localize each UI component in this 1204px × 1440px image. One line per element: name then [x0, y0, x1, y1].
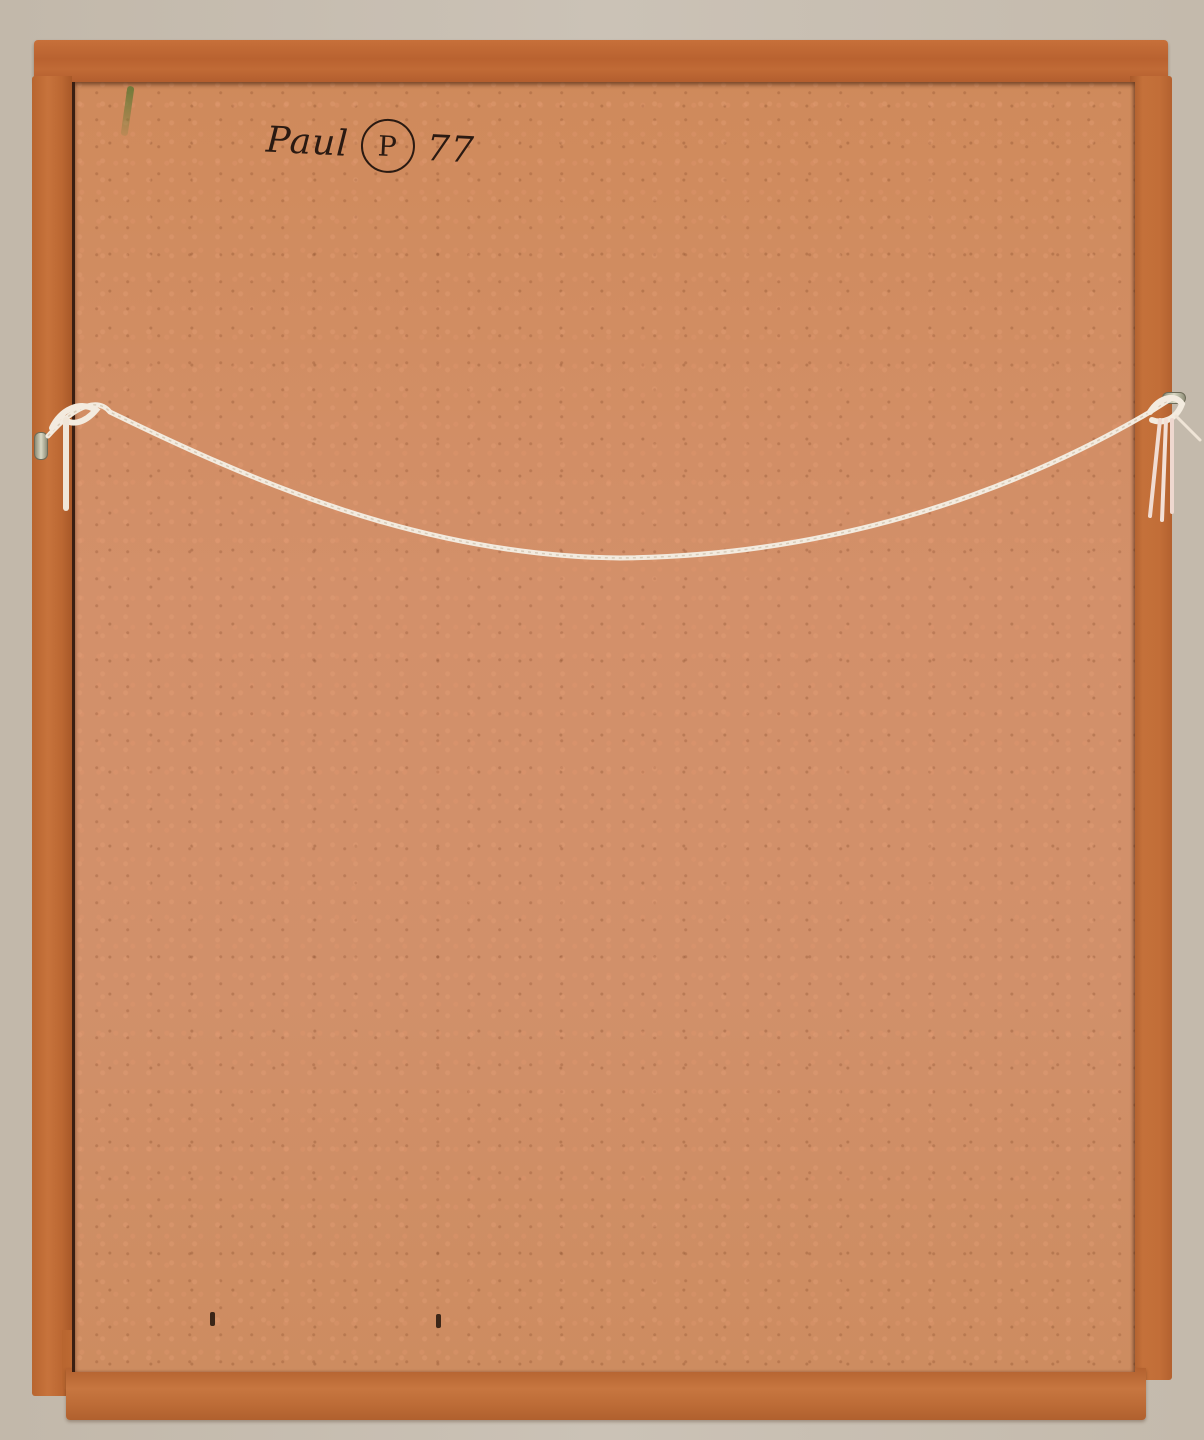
hanging-string[interactable] [0, 0, 1204, 1440]
framed-picture-back: Paul P 77 [0, 0, 1204, 1440]
